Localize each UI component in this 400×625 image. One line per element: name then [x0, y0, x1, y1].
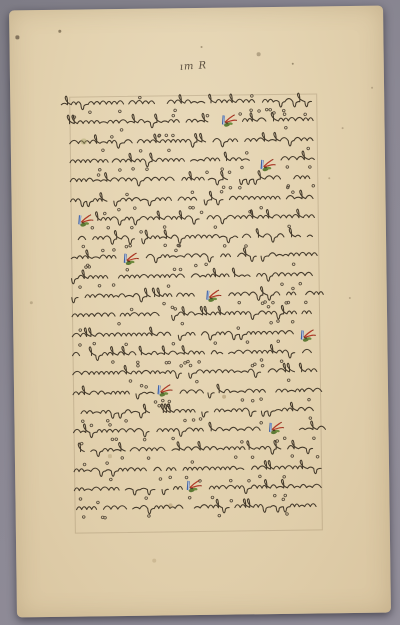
paper-stain	[371, 86, 374, 89]
paper-stain	[58, 29, 61, 32]
paper-stain	[328, 177, 331, 180]
paper-stain	[152, 558, 156, 562]
paper-stain	[341, 127, 344, 130]
paper-stains	[9, 6, 391, 618]
paper-stain	[257, 52, 261, 56]
paper-stain	[222, 394, 227, 399]
paper-stain	[200, 46, 203, 49]
paper-stain	[348, 297, 351, 300]
paper-stain	[29, 301, 32, 304]
paper-stain	[81, 139, 86, 144]
paper-stain	[292, 63, 294, 65]
paper-stain	[108, 455, 111, 458]
photograph: ım R	[0, 0, 400, 625]
manuscript-page: ım R	[9, 6, 391, 618]
paper-stain	[168, 503, 172, 507]
paper-stain	[16, 36, 19, 39]
